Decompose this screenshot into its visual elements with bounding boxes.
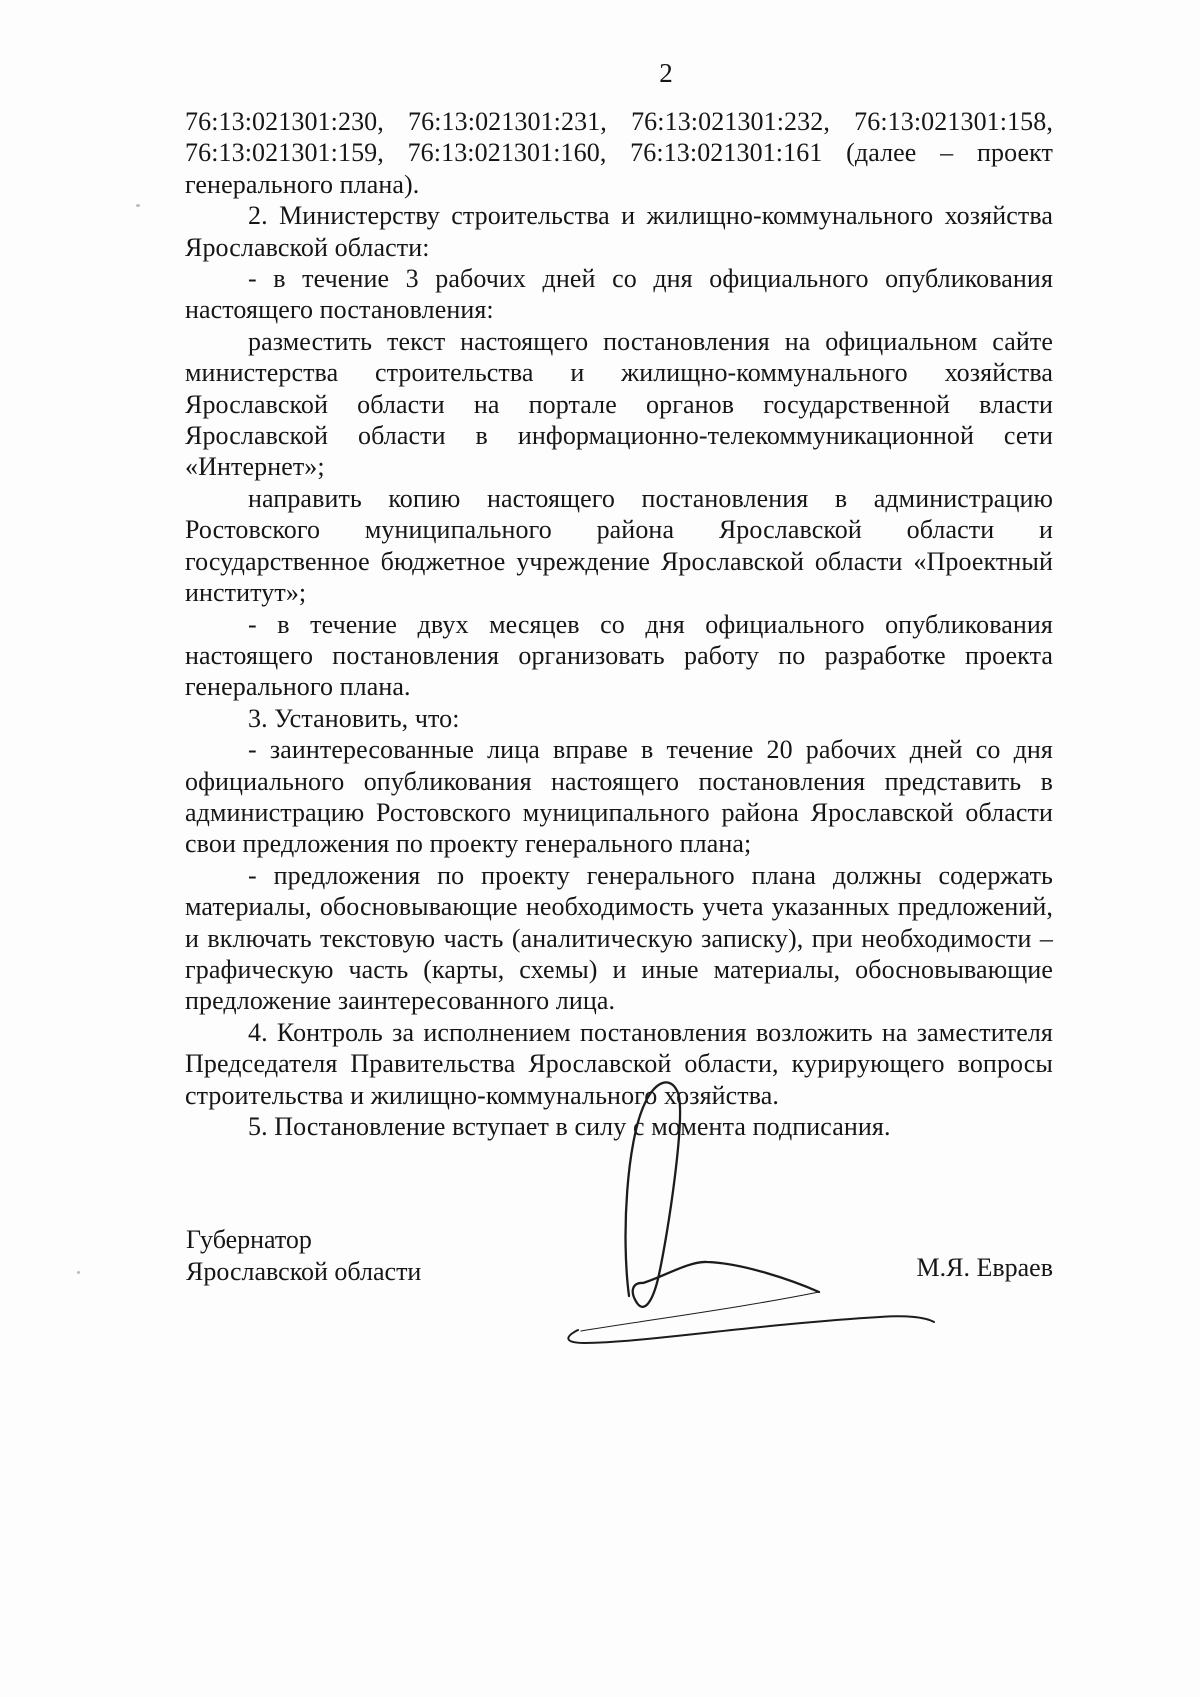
scan-artifact-dot <box>77 1271 80 1274</box>
paragraph-item2-send-copy: направить копию настоящего постановления… <box>185 483 1053 609</box>
signer-position-line2: Ярославской области <box>186 1256 421 1288</box>
paragraph-item2-within-3-days: - в течение 3 рабочих дней со дня официа… <box>185 263 1053 326</box>
paragraph-item2-ministry: 2. Министерству строительства и жилищно-… <box>185 200 1053 263</box>
paragraph-item3-proposals-content: - предложения по проекту генерального пл… <box>185 860 1053 1017</box>
paragraph-item3-interested-persons: - заинтересованные лица вправе в течение… <box>185 734 1053 860</box>
document-body: 76:13:021301:230, 76:13:021301:231, 76:1… <box>185 106 1053 1142</box>
signer-position-title: Губернатор Ярославской области <box>186 1224 421 1288</box>
signer-position-line1: Губернатор <box>186 1224 421 1256</box>
page-number: 2 <box>232 58 1100 89</box>
paragraph-cadastral-numbers: 76:13:021301:230, 76:13:021301:231, 76:1… <box>185 106 1053 200</box>
scan-artifact-dot <box>136 204 140 207</box>
paragraph-item3-establish: 3. Установить, что: <box>185 703 1053 734</box>
handwritten-signature <box>560 1068 950 1350</box>
paragraph-item2-publish-text: разместить текст настоящего постановлени… <box>185 326 1053 483</box>
paragraph-item2-within-two-months: - в течение двух месяцев со дня официаль… <box>185 609 1053 703</box>
